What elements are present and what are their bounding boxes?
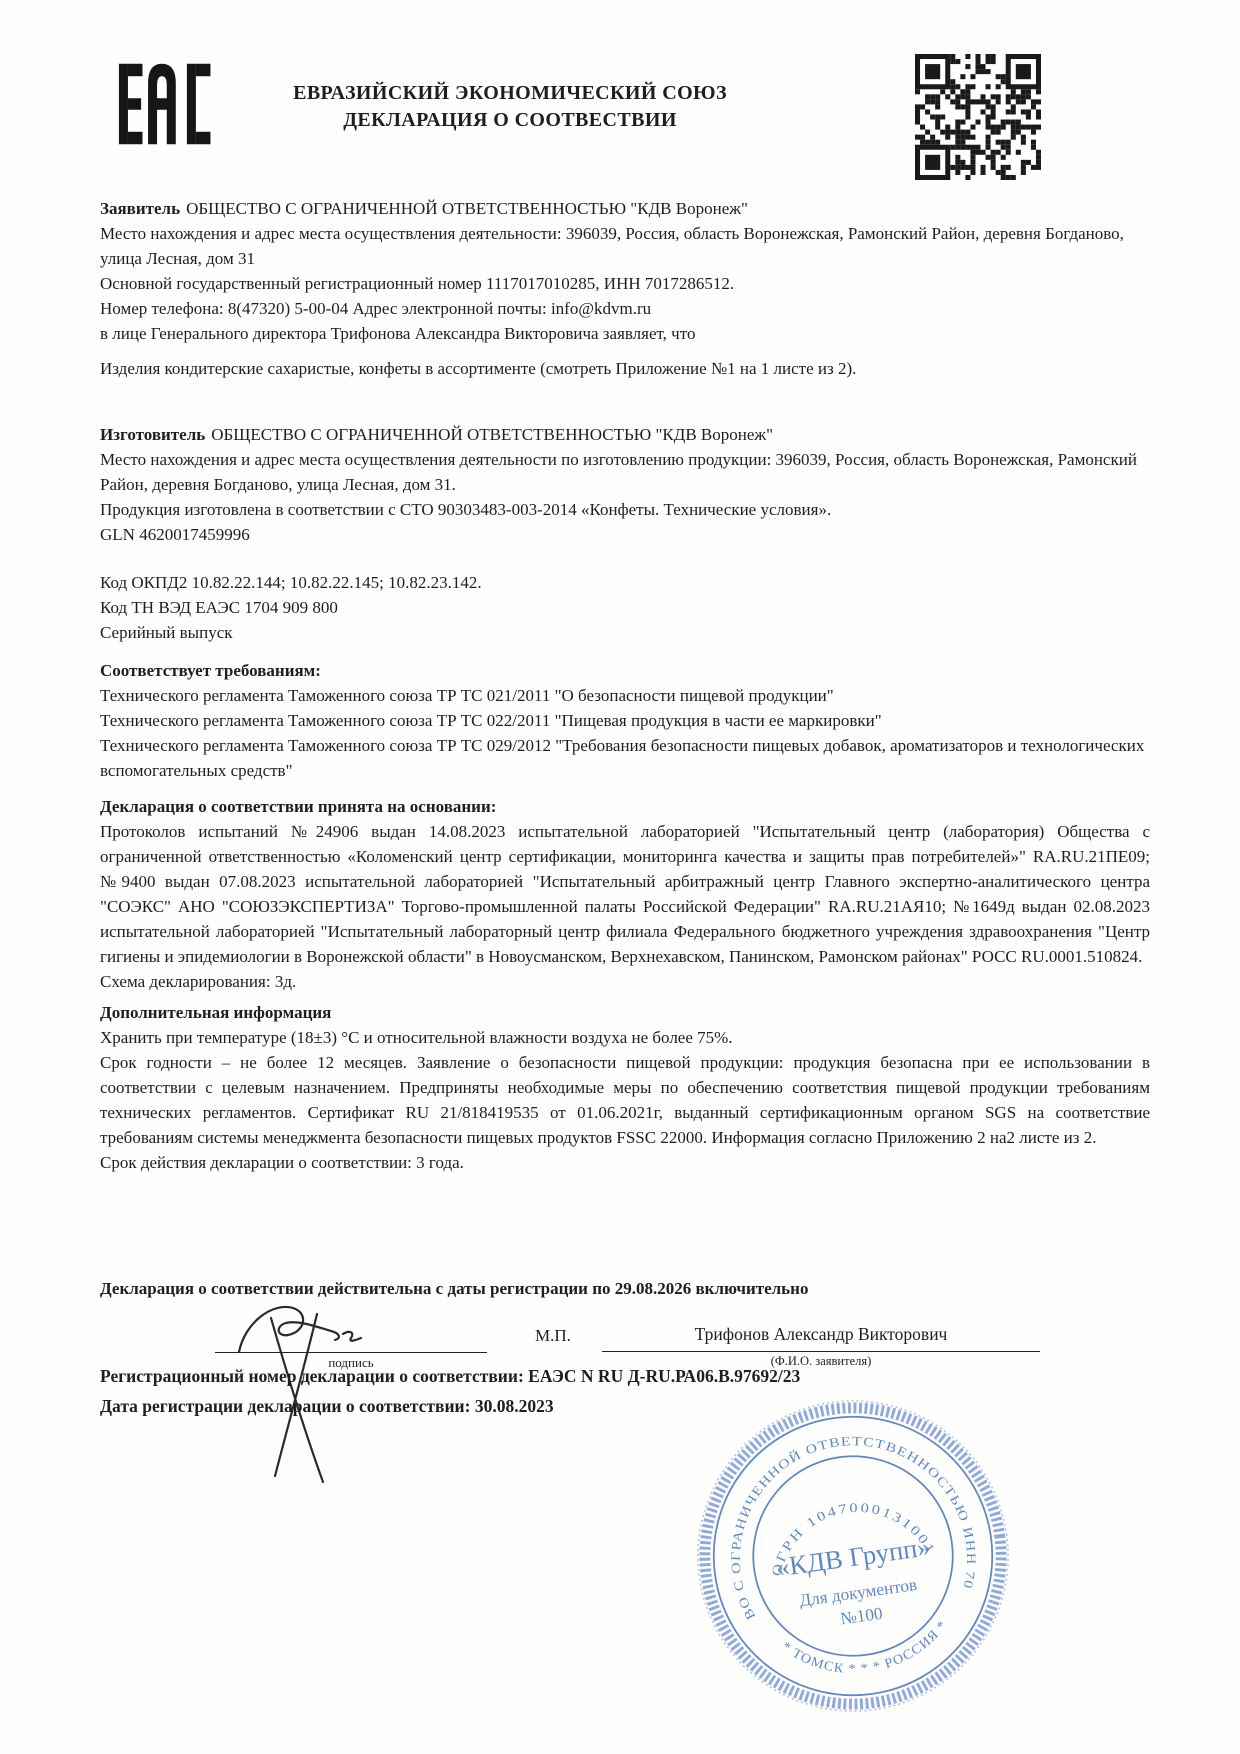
manufacturer-gln: GLN 4620017459996: [100, 522, 1150, 547]
manufacturer-address: Место нахождения и адрес места осуществл…: [100, 447, 1150, 497]
code-tnved: Код ТН ВЭД ЕАЭС 1704 909 800: [100, 595, 1150, 620]
manufacturer-section: ИзготовительОБЩЕСТВО С ОГРАНИЧЕННОЙ ОТВЕ…: [100, 422, 1150, 547]
applicant-representative: в лице Генерального директора Трифонова …: [100, 321, 1150, 346]
manufacturer-label: Изготовитель: [100, 425, 205, 444]
basis-section: Декларация о соответствии принята на осн…: [100, 794, 1150, 994]
compliance-heading: Соответствует требованиям:: [100, 658, 1150, 683]
manufacturer-sto: Продукция изготовлена в соответствии с С…: [100, 497, 1150, 522]
applicant-line: ЗаявительОБЩЕСТВО С ОГРАНИЧЕННОЙ ОТВЕТСТ…: [100, 196, 1150, 221]
registration-number: Регистрационный номер декларации о соотв…: [100, 1364, 1150, 1388]
declarant-name: Трифонов Александр Викторович: [602, 1324, 1040, 1345]
manufacturer-name: ОБЩЕСТВО С ОГРАНИЧЕННОЙ ОТВЕТСТВЕННОСТЬЮ…: [211, 425, 773, 444]
union-name: ЕВРАЗИЙСКИЙ ЭКОНОМИЧЕСКИЙ СОЮЗ: [110, 80, 910, 107]
stamp-number: №100: [839, 1604, 884, 1629]
manufacturer-line: ИзготовительОБЩЕСТВО С ОГРАНИЧЕННОЙ ОТВЕ…: [100, 422, 1150, 447]
document-header: ЕВРАЗИЙСКИЙ ЭКОНОМИЧЕСКИЙ СОЮЗ ДЕКЛАРАЦИ…: [110, 80, 910, 134]
compliance-section: Соответствует требованиям: Технического …: [100, 658, 1150, 783]
compliance-item: Технического регламента Таможенного союз…: [100, 733, 1150, 783]
signature: [225, 1290, 455, 1490]
storage-conditions: Хранить при температуре (18±3) °С и отно…: [100, 1025, 1150, 1050]
basis-heading: Декларация о соответствии принята на осн…: [100, 794, 1150, 819]
code-okpd2: Код ОКПД2 10.82.22.144; 10.82.22.145; 10…: [100, 570, 1150, 595]
stamp-bottom-text: * ТОМСК * * * РОССИЯ *: [778, 1616, 955, 1687]
additional-body: Срок годности – не более 12 месяцев. Зая…: [100, 1050, 1150, 1150]
issue-type: Серийный выпуск: [100, 620, 1150, 645]
qr-code-icon: [915, 54, 1041, 180]
applicant-address: Место нахождения и адрес места осуществл…: [100, 221, 1150, 271]
compliance-item: Технического регламента Таможенного союз…: [100, 708, 1150, 733]
seal-place-label: М.П.: [535, 1326, 571, 1346]
document-title: ДЕКЛАРАЦИЯ О СООТВЕСТВИИ: [110, 107, 910, 134]
additional-info-section: Дополнительная информация Хранить при те…: [100, 1000, 1150, 1175]
svg-text:* ТОМСК * * * РОССИЯ *: * ТОМСК * * * РОССИЯ *: [778, 1616, 955, 1687]
basis-body: Протоколов испытаний №24906 выдан 14.08.…: [100, 819, 1150, 969]
applicant-ogrn: Основной государственный регистрационный…: [100, 271, 1150, 296]
applicant-contacts: Номер телефона: 8(47320) 5-00-04 Адрес э…: [100, 296, 1150, 321]
applicant-section: ЗаявительОБЩЕСТВО С ОГРАНИЧЕННОЙ ОТВЕТСТ…: [100, 196, 1150, 346]
additional-heading: Дополнительная информация: [100, 1000, 1150, 1025]
company-stamp: ОБЩЕСТВО С ОГРАНИЧЕННОЙ ОТВЕТСТВЕННОСТЬЮ…: [675, 1378, 1032, 1735]
applicant-name: ОБЩЕСТВО С ОГРАНИЧЕННОЙ ОТВЕТСТВЕННОСТЬЮ…: [186, 199, 748, 218]
signature-line: [215, 1352, 487, 1353]
product-description: Изделия кондитерские сахаристые, конфеты…: [100, 356, 1150, 381]
declaration-scheme: Схема декларирования: 3д.: [100, 969, 1150, 994]
compliance-item: Технического регламента Таможенного союз…: [100, 683, 1150, 708]
applicant-label: Заявитель: [100, 199, 180, 218]
codes-section: Код ОКПД2 10.82.22.144; 10.82.22.145; 10…: [100, 570, 1150, 645]
declaration-document: ЕВРАЗИЙСКИЙ ЭКОНОМИЧЕСКИЙ СОЮЗ ДЕКЛАРАЦИ…: [0, 0, 1240, 1754]
declarant-line: [602, 1351, 1040, 1352]
stamp-purpose: Для документов: [798, 1575, 918, 1610]
validity-term: Срок действия декларации о соответствии:…: [100, 1150, 1150, 1175]
